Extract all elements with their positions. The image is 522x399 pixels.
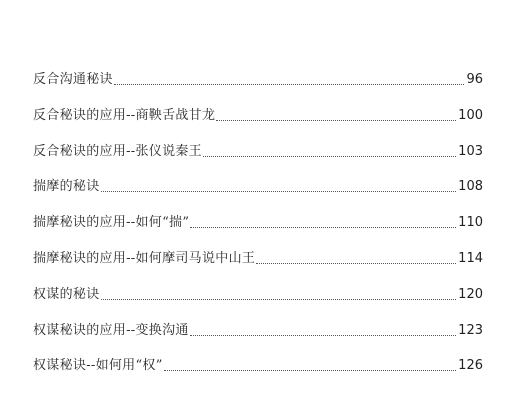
toc-entry-page: 126 bbox=[458, 356, 483, 376]
toc-entry[interactable]: 权谋秘诀的应用--变换沟通 123 bbox=[33, 321, 483, 341]
dot-leader bbox=[203, 156, 456, 157]
dot-leader bbox=[190, 335, 456, 336]
toc-entry-page: 120 bbox=[458, 285, 483, 305]
toc-entry-title: 权谋秘诀的应用--变换沟通 bbox=[33, 321, 189, 341]
toc-entry[interactable]: 权谋的秘诀 120 bbox=[33, 285, 483, 305]
dot-leader bbox=[256, 263, 456, 264]
toc-entry-title: 揣摩的秘诀 bbox=[33, 177, 100, 197]
toc-entry-title: 揣摩秘诀的应用--如何“揣” bbox=[33, 213, 189, 233]
toc-entry[interactable]: 揣摩秘诀的应用--如何摩司马说中山王 114 bbox=[33, 249, 483, 269]
toc-entry[interactable]: 反合秘诀的应用--商鞅舌战甘龙 100 bbox=[33, 106, 483, 126]
dot-leader bbox=[164, 370, 456, 371]
toc-entry-title: 权谋的秘诀 bbox=[33, 285, 100, 305]
toc-entry-title: 权谋秘诀--如何用“权” bbox=[33, 356, 163, 376]
dot-leader bbox=[114, 84, 465, 85]
dot-leader bbox=[190, 227, 456, 228]
dot-leader bbox=[216, 120, 456, 121]
toc-entry-title: 反合秘诀的应用--张仪说秦王 bbox=[33, 142, 202, 162]
toc-entry-page: 96 bbox=[466, 70, 483, 90]
toc-entry[interactable]: 权谋秘诀--如何用“权” 126 bbox=[33, 356, 483, 376]
toc-entry-title: 反合秘诀的应用--商鞅舌战甘龙 bbox=[33, 106, 215, 126]
dot-leader bbox=[101, 299, 457, 300]
table-of-contents: 反合沟通秘诀 96 反合秘诀的应用--商鞅舌战甘龙 100 反合秘诀的应用--张… bbox=[33, 70, 483, 392]
toc-entry[interactable]: 揣摩的秘诀 108 bbox=[33, 177, 483, 197]
toc-entry-title: 反合沟通秘诀 bbox=[33, 70, 113, 90]
toc-entry[interactable]: 反合沟通秘诀 96 bbox=[33, 70, 483, 90]
toc-entry-page: 110 bbox=[458, 213, 483, 233]
toc-entry-page: 123 bbox=[458, 321, 483, 341]
toc-entry-title: 揣摩秘诀的应用--如何摩司马说中山王 bbox=[33, 249, 255, 269]
toc-entry-page: 103 bbox=[458, 142, 483, 162]
toc-entry-page: 100 bbox=[458, 106, 483, 126]
dot-leader bbox=[101, 191, 457, 192]
toc-entry[interactable]: 反合秘诀的应用--张仪说秦王 103 bbox=[33, 142, 483, 162]
toc-entry-page: 114 bbox=[458, 249, 483, 269]
toc-entry-page: 108 bbox=[458, 177, 483, 197]
toc-entry[interactable]: 揣摩秘诀的应用--如何“揣” 110 bbox=[33, 213, 483, 233]
